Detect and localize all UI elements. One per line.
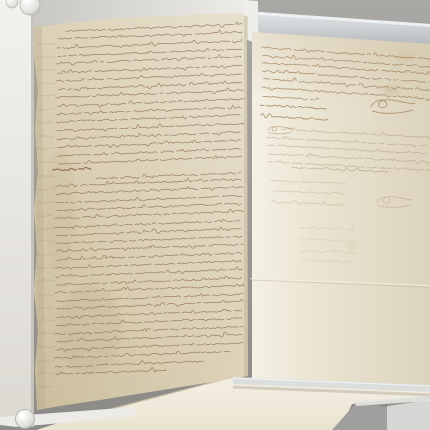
- right-leaf-stain-2: [395, 50, 417, 62]
- left-leaf-stain: [58, 285, 122, 375]
- acrylic-clamp-ball-bottom: [16, 410, 35, 429]
- right-leaf-spot: [346, 243, 358, 250]
- manuscript-photograph: [0, 0, 430, 430]
- stand-upright-bar: [0, 0, 33, 427]
- photo-canvas: [0, 0, 430, 430]
- stand-bar-edge-shade: [31, 0, 34, 427]
- clamp-ball-specular: [19, 413, 25, 419]
- left-leaf-gutter-shadow: [244, 16, 248, 378]
